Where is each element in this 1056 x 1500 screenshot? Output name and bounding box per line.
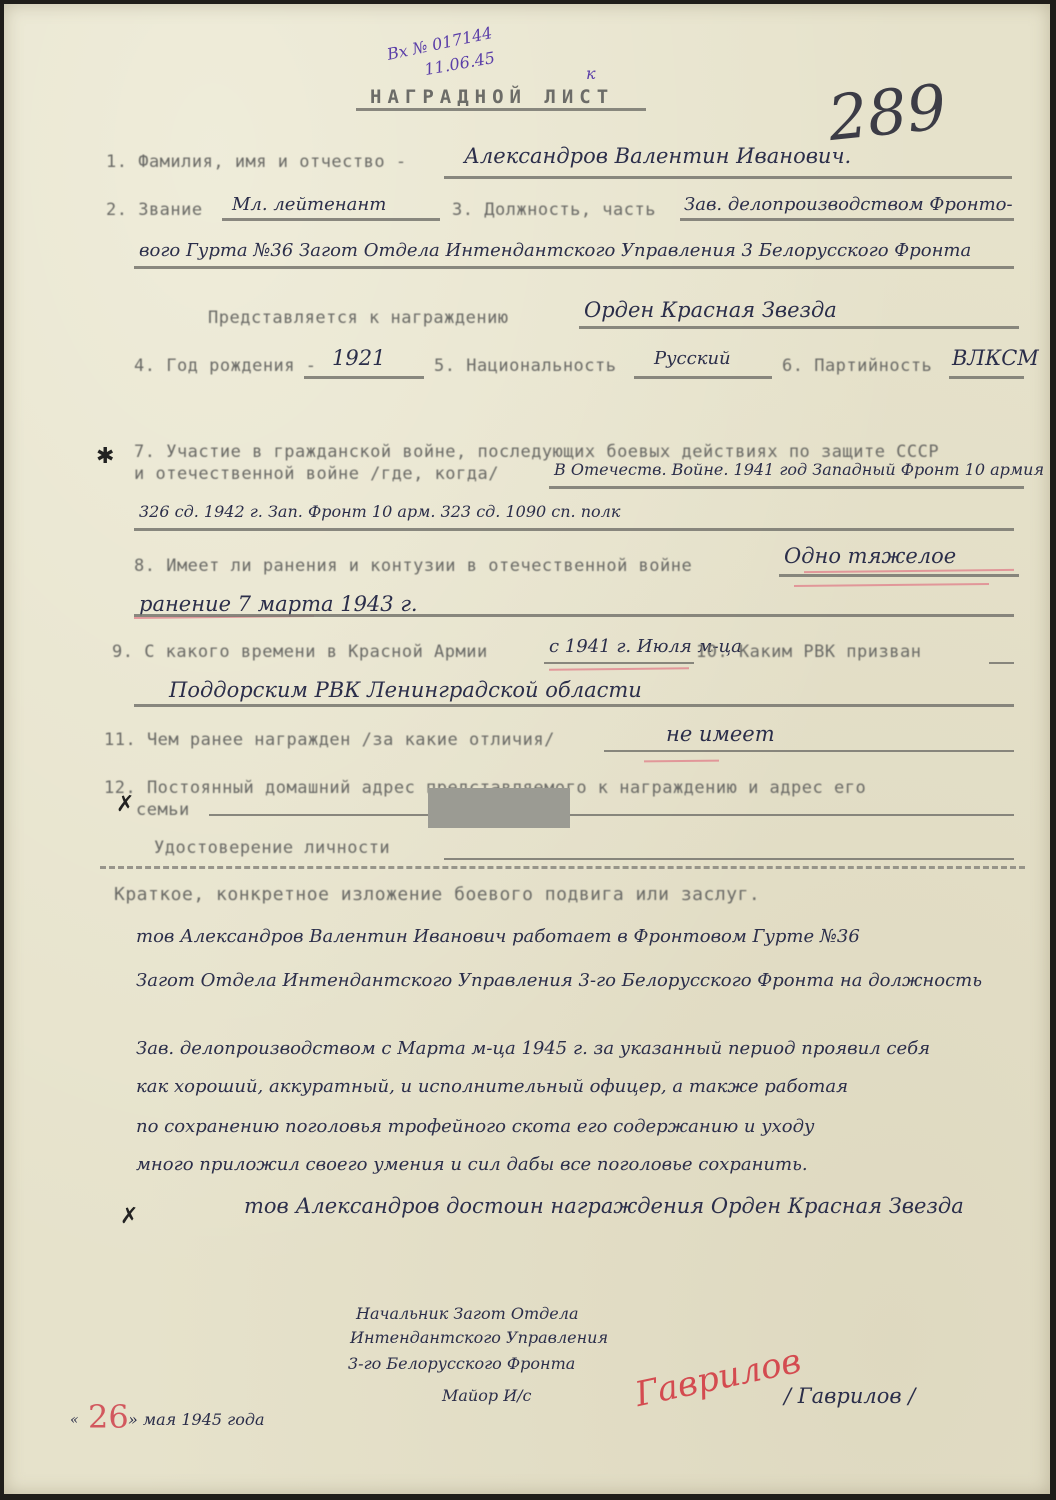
field-10-label: 10. Каким РВК призван xyxy=(696,642,921,662)
field-3-line1 xyxy=(680,218,1014,221)
field-11-label: 11. Чем ранее награжден /за какие отличи… xyxy=(104,730,555,750)
date-open-quote: « xyxy=(70,1412,79,1428)
field-6-line xyxy=(949,376,1024,379)
wounds-value-line1: Одно тяжелое xyxy=(784,544,956,568)
field-6-label: 6. Партийность xyxy=(782,356,932,376)
party-value: ВЛКСМ xyxy=(952,346,1039,370)
combat-participation-line2: 326 сд. 1942 г. Зап. Фронт 10 арм. 323 с… xyxy=(139,502,620,521)
red-signature: Гаврилов xyxy=(632,1341,805,1415)
narrative-line-6: много приложил своего умения и сил дабы … xyxy=(136,1154,808,1175)
signer-position-line3: 3-го Белорусского Фронта xyxy=(348,1354,575,1373)
award-value: Орден Красная Звезда xyxy=(584,298,837,322)
signer-position-line1: Начальник Загот Отдела xyxy=(356,1304,578,1323)
id-label: Удостоверение личности xyxy=(154,838,390,858)
award-line xyxy=(579,326,1019,329)
field-7-label-line1: 7. Участие в гражданской войне, последую… xyxy=(134,442,939,462)
field-7-line2 xyxy=(134,528,1014,531)
field-12-line xyxy=(209,814,1014,816)
red-underline-awards xyxy=(644,760,719,763)
blot-mark: ✱ xyxy=(96,444,114,469)
document-title: НАГРАДНОЙ ЛИСТ xyxy=(370,86,614,108)
field-4-label: 4. Год рождения - xyxy=(134,356,317,376)
field-9-line xyxy=(544,662,694,664)
field-12-label-line2: семьи xyxy=(136,800,190,820)
narrative-line-5: по сохранению поголовья трофейного скота… xyxy=(136,1116,815,1137)
previous-awards-value: не имеет xyxy=(666,722,775,746)
field-10-line-end xyxy=(989,662,1014,664)
red-underline-wounds-1 xyxy=(804,569,1014,573)
award-sheet-paper: Вх № 017144 11.06.45 к НАГРАДНОЙ ЛИСТ 28… xyxy=(4,4,1050,1494)
field-1-line xyxy=(444,176,1012,179)
position-value-line2: вого Гурта №36 Загот Отдела Интендантско… xyxy=(139,240,971,261)
redacted-address xyxy=(428,788,570,828)
id-line xyxy=(444,858,1014,860)
field-5-label: 5. Национальность xyxy=(434,356,617,376)
narrative-line-4: как хороший, аккуратный, и исполнительны… xyxy=(136,1076,848,1097)
field-9-label: 9. С какого времени в Красной Армии xyxy=(112,642,488,662)
x-mark: ✗ xyxy=(116,792,134,817)
field-3-label: 3. Должность, часть xyxy=(452,200,656,220)
position-value-line1: Зав. делопроизводством Фронто- xyxy=(684,194,1013,215)
date-rest: » мая 1945 года xyxy=(128,1410,265,1429)
full-name-value: Александров Валентин Иванович. xyxy=(464,144,851,168)
field-10-line xyxy=(134,704,1014,707)
combat-participation-line1: В Отечеств. Войне. 1941 год Западный Фро… xyxy=(554,460,1044,479)
field-7-line1 xyxy=(549,486,1024,489)
title-underline xyxy=(356,108,646,111)
field-5-line xyxy=(634,376,772,379)
field-4-line xyxy=(304,376,424,379)
narrative-line-3: Зав. делопроизводством с Марта м-ца 1945… xyxy=(136,1038,930,1059)
signer-name: / Гаврилов / xyxy=(784,1384,915,1408)
title-mark: к xyxy=(586,64,596,83)
wounds-value-line2: ранение 7 марта 1943 г. xyxy=(139,592,418,616)
checkmark-x: ✗ xyxy=(120,1204,138,1229)
field-1-label: 1. Фамилия, имя и отчество - xyxy=(106,152,407,172)
nationality-value: Русский xyxy=(654,348,731,369)
summary-label: Краткое, конкретное изложение боевого по… xyxy=(114,884,760,905)
red-underline-wounds-2 xyxy=(794,583,989,587)
conscription-office-value: Поддорским РВК Ленинградской области xyxy=(169,678,642,702)
award-label: Представляется к награждению xyxy=(208,308,509,328)
signer-position-line2: Интендантского Управления xyxy=(350,1328,608,1347)
section-separator xyxy=(100,866,1025,869)
sheet-number: 289 xyxy=(825,70,950,155)
narrative-line-7: тов Александров достоин награждения Орде… xyxy=(244,1194,964,1218)
field-8-label: 8. Имеет ли ранения и контузии в отечест… xyxy=(134,556,692,576)
field-8-line2 xyxy=(134,614,1014,617)
birth-year-value: 1921 xyxy=(332,346,385,370)
field-8-line1 xyxy=(779,574,1019,577)
rank-value: Мл. лейтенант xyxy=(232,194,386,215)
red-underline-service xyxy=(549,667,689,670)
field-2-line xyxy=(222,218,440,221)
signer-rank: Майор И/с xyxy=(442,1386,532,1405)
field-2-label: 2. Звание xyxy=(106,200,203,220)
field-7-label-line2: и отечественной войне /где, когда/ xyxy=(134,464,499,484)
date-day: 26 xyxy=(88,1398,129,1436)
narrative-line-1: тов Александров Валентин Иванович работа… xyxy=(136,926,860,947)
field-3-line2 xyxy=(134,266,1014,269)
field-11-line xyxy=(604,750,1014,752)
narrative-line-2: Загот Отдела Интендантского Управления 3… xyxy=(136,970,982,991)
